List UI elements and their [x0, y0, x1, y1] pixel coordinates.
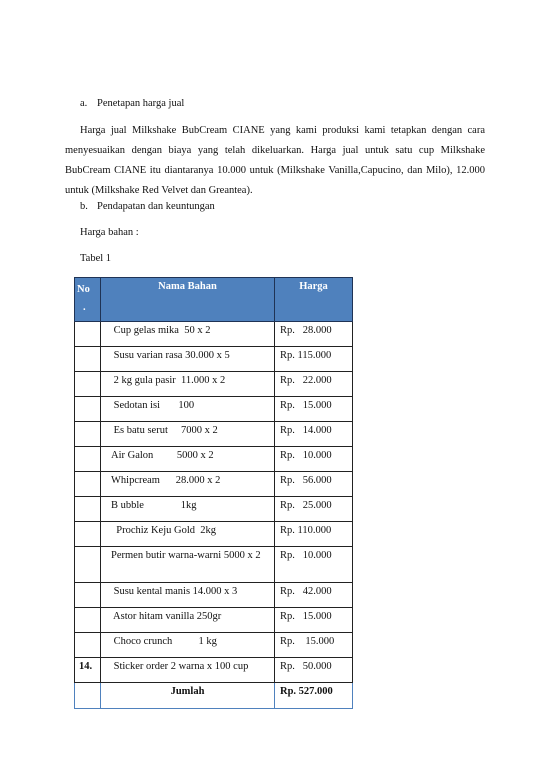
no-cell — [75, 547, 101, 583]
no-cell — [75, 447, 101, 472]
nama-bahan-cell: Susu kental manis 14.000 x 3 — [101, 583, 275, 608]
nama-bahan-cell: Choco crunch 1 kg — [101, 633, 275, 658]
table-row: Prochiz Keju Gold 2kgRp. 110.000 — [75, 522, 353, 547]
section-b-heading: b.Pendapatan dan keuntungan — [80, 201, 215, 212]
no-cell — [75, 633, 101, 658]
selling-price-paragraph: Harga jual Milkshake BubCream CIANE yang… — [65, 121, 485, 201]
table-row: Cup gelas mika 50 x 2Rp. 28.000 — [75, 322, 353, 347]
section-a-title: Penetapan harga jual — [97, 98, 184, 109]
nama-bahan-cell: Prochiz Keju Gold 2kg — [101, 522, 275, 547]
table-row: Susu kental manis 14.000 x 3Rp. 42.000 — [75, 583, 353, 608]
nama-bahan-cell: Air Galon 5000 x 2 — [101, 447, 275, 472]
table-row: B ubble 1kgRp. 25.000 — [75, 497, 353, 522]
no-cell — [75, 497, 101, 522]
nama-bahan-cell: Whipcream 28.000 x 2 — [101, 472, 275, 497]
no-cell — [75, 322, 101, 347]
no-cell — [75, 397, 101, 422]
header-nama-bahan: Nama Bahan — [101, 278, 275, 322]
harga-cell: Rp. 42.000 — [275, 583, 353, 608]
nama-bahan-cell: Susu varian rasa 30.000 x 5 — [101, 347, 275, 372]
nama-bahan-cell: Permen butir warna-warni 5000 x 2 — [101, 547, 275, 583]
section-a-marker: a. — [80, 98, 97, 109]
harga-cell: Rp. 25.000 — [275, 497, 353, 522]
nama-bahan-cell: 2 kg gula pasir 11.000 x 2 — [101, 372, 275, 397]
section-b-marker: b. — [80, 201, 97, 212]
harga-cell: Rp. 15.000 — [275, 397, 353, 422]
header-harga: Harga — [275, 278, 353, 322]
no-cell — [75, 347, 101, 372]
harga-cell: Rp. 110.000 — [275, 522, 353, 547]
table-row: 2 kg gula pasir 11.000 x 2Rp. 22.000 — [75, 372, 353, 397]
no-cell — [75, 522, 101, 547]
table-row: Sedotan isi 100Rp. 15.000 — [75, 397, 353, 422]
harga-cell: Rp. 28.000 — [275, 322, 353, 347]
no-cell — [75, 608, 101, 633]
table-row: Astor hitam vanilla 250grRp. 15.000 — [75, 608, 353, 633]
table-row: Permen butir warna-warni 5000 x 2Rp. 10.… — [75, 547, 353, 583]
harga-cell: Rp. 56.000 — [275, 472, 353, 497]
nama-bahan-cell: Cup gelas mika 50 x 2 — [101, 322, 275, 347]
table-row: Air Galon 5000 x 2Rp. 10.000 — [75, 447, 353, 472]
section-b-title: Pendapatan dan keuntungan — [97, 201, 215, 212]
harga-cell: Rp. 14.000 — [275, 422, 353, 447]
table-row: 14. Sticker order 2 warna x 100 cupRp. 5… — [75, 658, 353, 683]
harga-cell: Rp. 115.000 — [275, 347, 353, 372]
no-cell: 14. — [75, 658, 101, 683]
table-caption: Tabel 1 — [80, 253, 111, 264]
harga-cell: Rp. 50.000 — [275, 658, 353, 683]
nama-bahan-cell: Astor hitam vanilla 250gr — [101, 608, 275, 633]
harga-bahan-label: Harga bahan : — [80, 227, 139, 238]
ingredients-table: No. Nama Bahan Harga Cup gelas mika 50 x… — [74, 277, 353, 709]
table-row: Choco crunch 1 kgRp. 15.000 — [75, 633, 353, 658]
harga-cell: Rp. 15.000 — [275, 608, 353, 633]
table-row: Susu varian rasa 30.000 x 5Rp. 115.000 — [75, 347, 353, 372]
table-row: Es batu serut 7000 x 2Rp. 14.000 — [75, 422, 353, 447]
section-a-heading: a.Penetapan harga jual — [80, 98, 184, 109]
no-cell — [75, 422, 101, 447]
total-row: JumlahRp. 527.000 — [75, 683, 353, 709]
header-no: No. — [75, 278, 101, 322]
total-value: Rp. 527.000 — [275, 683, 353, 709]
total-no-cell — [75, 683, 101, 709]
table-header-row: No. Nama Bahan Harga — [75, 278, 353, 322]
no-cell — [75, 472, 101, 497]
nama-bahan-cell: Sedotan isi 100 — [101, 397, 275, 422]
nama-bahan-cell: B ubble 1kg — [101, 497, 275, 522]
nama-bahan-cell: Sticker order 2 warna x 100 cup — [101, 658, 275, 683]
table-row: Whipcream 28.000 x 2Rp. 56.000 — [75, 472, 353, 497]
harga-cell: Rp. 22.000 — [275, 372, 353, 397]
no-cell — [75, 583, 101, 608]
no-cell — [75, 372, 101, 397]
harga-cell: Rp. 10.000 — [275, 447, 353, 472]
harga-cell: Rp. 10.000 — [275, 547, 353, 583]
nama-bahan-cell: Es batu serut 7000 x 2 — [101, 422, 275, 447]
harga-cell: Rp. 15.000 — [275, 633, 353, 658]
total-label: Jumlah — [101, 683, 275, 709]
